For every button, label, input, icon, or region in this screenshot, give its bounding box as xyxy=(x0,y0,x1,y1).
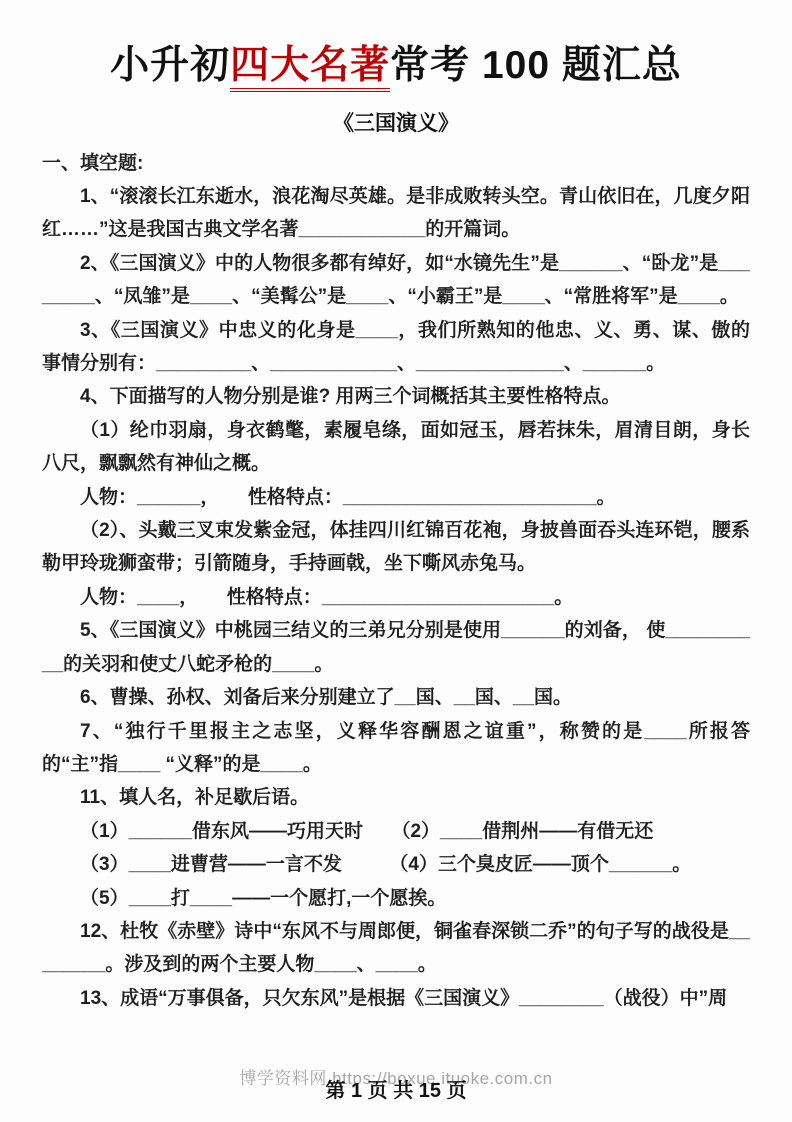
question-11-item-3-4: （3）____进曹营——一言不发 （4）三个臭皮匠——顶个______。 xyxy=(42,848,750,881)
question-11: 11、填人名，补足歇后语。 xyxy=(42,781,750,814)
question-6: 6、曹操、孙权、刘备后来分别建立了__国、__国、__国。 xyxy=(42,681,750,714)
question-7: 7、“独行千里报主之志坚，义释华容酬恩之谊重”，称赞的是____所报答的“主”指… xyxy=(42,715,750,782)
question-11-item-5: （5）____打____——一个愿打,一个愿挨。 xyxy=(42,882,750,915)
question-4-desc-2: （2）、头戴三叉束发紫金冠，体挂四川红锦百花袍，身披兽面吞头连环铠，腰系勒甲玲珑… xyxy=(42,514,750,581)
title-highlight: 四大名著 xyxy=(230,44,390,92)
question-4: 4、下面描写的人物分别是谁? 用两三个词概括其主要性格特点。 xyxy=(42,380,750,413)
page-title: 小升初四大名著常考 100 题汇总 xyxy=(42,40,750,92)
worksheet-page: 小升初四大名著常考 100 题汇总 《三国演义》 一、填空题: 1、“滚滚长江东… xyxy=(0,0,792,1122)
page-footer: 博学资料网 https://boxue.ituoke.com.cn 第 1 页 … xyxy=(0,1058,792,1122)
question-5: 5、《三国演义》中桃园三结义的三弟兄分别是使用______的刘备， 使_____… xyxy=(42,614,750,681)
question-4-answer-2: 人物：____， 性格特点：______________________。 xyxy=(42,581,750,614)
question-4-desc-1: （1）纶巾羽扇，身衣鹤氅，素履皂绦，面如冠玉，唇若抹朱，眉清目朗，身长八尺，飘飘… xyxy=(42,414,750,481)
page-content: 小升初四大名著常考 100 题汇总 《三国演义》 一、填空题: 1、“滚滚长江东… xyxy=(0,0,792,1015)
question-11-item-1-2: （1）______借东风——巧用天时 （2）____借荆州——有借无还 xyxy=(42,815,750,848)
page-subtitle: 《三国演义》 xyxy=(42,107,750,137)
title-suffix: 常考 100 题汇总 xyxy=(390,44,682,87)
question-3: 3、《三国演义》中忠义的化身是____，我们所熟知的他忠、义、勇、谋、傲的事情分… xyxy=(42,314,750,381)
section-heading: 一、填空题: xyxy=(42,147,750,180)
title-prefix: 小升初 xyxy=(110,44,230,87)
page-number: 第 1 页 共 15 页 xyxy=(0,1074,792,1103)
question-4-answer-1: 人物：______， 性格特点：________________________… xyxy=(42,481,750,514)
question-13: 13、成语“万事俱备，只欠东风”是根据《三国演义》________（战役）中”周 xyxy=(42,982,750,1015)
question-12: 12、杜牧《赤壁》诗中“东风不与周郎便，铜雀春深锁二乔”的句子写的战役是____… xyxy=(42,915,750,982)
question-1: 1、“滚滚长江东逝水，浪花淘尽英雄。是非成败转头空。青山依旧在，几度夕阳红……”… xyxy=(42,180,750,247)
question-2: 2、《三国演义》中的人物很多都有绰好，如“水镜先生”是______、“卧龙”是_… xyxy=(42,247,750,314)
